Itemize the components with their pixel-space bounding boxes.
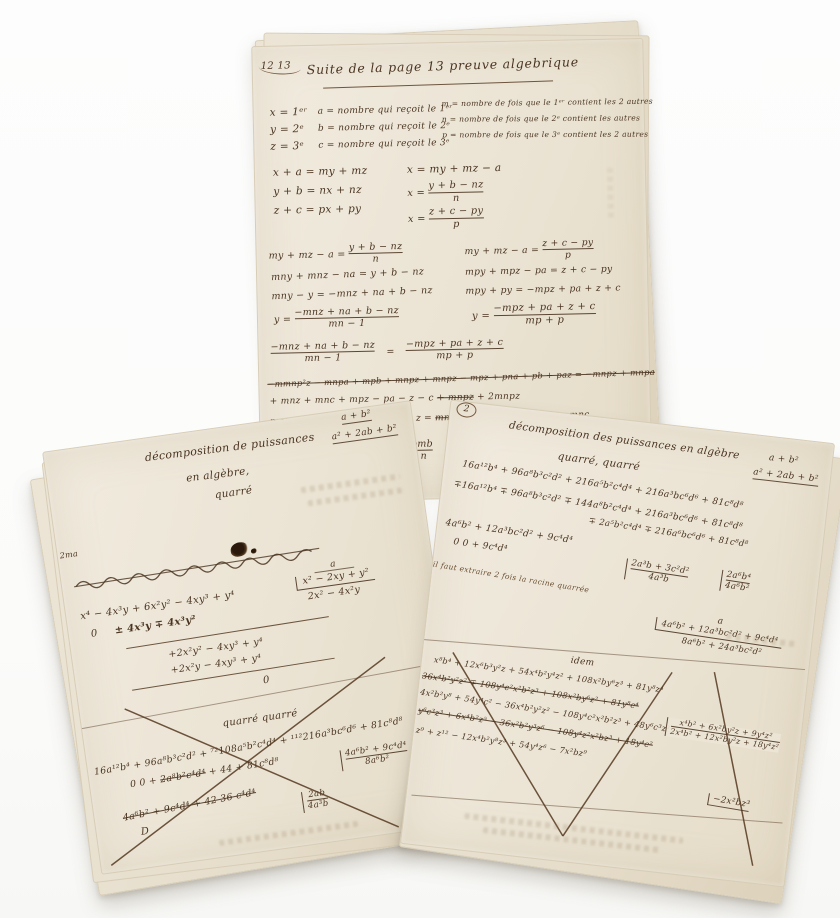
fraction: 2ab4a³b xyxy=(301,789,329,813)
fraction: y + b − nzn xyxy=(349,242,403,266)
page-title: décomposition des puissances en algèbre xyxy=(508,419,740,461)
marginal-note: il faut extraire 2 fois la racine quarré… xyxy=(432,560,590,595)
workings-segment: + mnz + mnc + mpz − pa − z − c xyxy=(270,393,437,407)
equation-lead: y = xyxy=(274,314,291,325)
fraction-denominator: n xyxy=(429,191,484,205)
fraction-numerator: y + b − nz xyxy=(428,179,483,191)
boxed-fraction: x⁴b² + 6x²by²z + 9y⁴z²2x⁴b² + 12x²by²z +… xyxy=(665,717,781,753)
equation-line: mpy + mpz − pa = z + c − py xyxy=(465,264,613,278)
fraction-denominator: mn − 1 xyxy=(295,316,400,330)
corner-formula: a + b² xyxy=(768,453,799,466)
fraction-numerator: z + c − py xyxy=(542,237,593,249)
definition-line: b = nombre qui reçoit le 2ᵉ xyxy=(318,121,450,134)
equals-sign: = xyxy=(378,346,402,358)
equation-lead: my + mz − a = xyxy=(269,249,346,262)
page-subtitle: en algèbre, xyxy=(185,465,249,485)
section-heading: quarré quarré xyxy=(222,708,298,729)
equation-line: x = z + c − pyp xyxy=(408,206,484,231)
page-subtitle: quarré, quarré xyxy=(557,450,641,473)
definition-line: a = nombre qui reçoit le 1ᵉʳ xyxy=(318,104,453,117)
margin-note: 2ma xyxy=(59,549,78,560)
fraction-denominator: p xyxy=(429,217,484,231)
ink-blot xyxy=(251,548,258,554)
fraction: 4a⁶b² + 9c⁴d⁴8a⁶b² xyxy=(340,741,409,771)
page-number-right: 13 xyxy=(277,60,291,71)
zero-mark: 0 xyxy=(90,628,98,640)
equation-lead: x = xyxy=(408,214,426,225)
equation-lead: y = xyxy=(472,311,490,322)
workings-segment: + 2mnpz xyxy=(474,392,520,403)
fraction-numerator: −mpz + pa + z + c xyxy=(406,337,503,350)
fraction: y + b − nzn xyxy=(428,180,484,204)
equation-line: x = y + b − nzn xyxy=(407,180,484,205)
title-underline xyxy=(323,80,553,89)
equation-line: mny − y = −mnz + na + b − nz xyxy=(271,285,433,302)
fraction-denominator: mn − 1 xyxy=(271,351,376,365)
corner-formula: a² + 2ab + b² xyxy=(331,423,398,444)
definition-line: y = 2ᵉ xyxy=(270,123,304,136)
boxed-fraction: a 4a⁶b² + 12a³bc²d² + 9c⁴d⁴ 8a⁶b² + 24a³… xyxy=(653,607,784,660)
equation-line: y + b = nx + nz xyxy=(273,184,362,198)
definition-line: c = nombre qui reçoit le 3ᵉ xyxy=(318,138,450,151)
fraction: 2a³b + 3c²d²4a³b xyxy=(624,558,690,588)
corner-page-number: 2 xyxy=(456,401,478,418)
definition-line: x = 1ᵉʳ xyxy=(270,106,308,119)
fraction: −mnz + na + b − nzmn − 1 xyxy=(270,341,375,366)
fraction-numerator: −mnz + na + b − nz xyxy=(294,305,399,318)
workings-segment: 0 0 + xyxy=(129,775,161,791)
ink-blot xyxy=(230,541,250,557)
equation-lead: x = xyxy=(407,188,425,199)
fraction: 2a⁶b⁴4a⁶b² xyxy=(719,570,751,595)
equation-line: z + c = px + py xyxy=(274,203,362,217)
section-heading: idem xyxy=(570,656,595,669)
fraction: −mpz + pa + z + cmp + p xyxy=(406,338,504,363)
equation-line: y = −mnz + na + b − nzmn − 1 xyxy=(274,306,400,331)
equation-line: x = my + mz − a xyxy=(407,162,502,176)
fraction-numerator: −mpz + pa + z + c xyxy=(493,301,595,314)
fraction: −mpz + pa + z + cmp + p xyxy=(493,302,596,328)
workings-segment: + 44 + 81c⁸d⁸ xyxy=(205,756,280,778)
page-number-left: 12 xyxy=(261,61,275,72)
definition-line: m = nombre de fois que le 1ᵉʳ contient l… xyxy=(441,97,653,109)
fraction: z + c − pyp xyxy=(542,238,594,261)
page-subtitle: quarré xyxy=(214,484,253,501)
zero-mark: 0 xyxy=(262,675,270,687)
equation-line: my + mz − a = y + b − nzn xyxy=(268,242,402,267)
photo-backdrop: 12 13 Suite de la page 13 preuve algebri… xyxy=(0,0,840,918)
fraction-numerator: z + c − py xyxy=(429,205,484,217)
equation-line: mpy + py = −mpz + pa + z + c xyxy=(465,282,621,296)
fraction-denominator: mp + p xyxy=(494,313,596,328)
fraction-numerator: y + b − nz xyxy=(349,241,403,253)
crossed-out-workings-line: −mmnp²z − mnpa + mpb + mnpz + mnpz − mpz… xyxy=(267,367,655,389)
corner-formula: a + b² xyxy=(341,409,372,425)
boxed-result: −2x²bz³ xyxy=(707,793,751,812)
division-divisor-box: a x² − 2xy + y² 2x² − 4x²y xyxy=(293,554,377,604)
page-title: Suite de la page 13 preuve algebrique xyxy=(307,54,580,77)
bleedthrough-marks xyxy=(607,168,614,218)
fraction-denominator: n xyxy=(349,252,403,265)
crossed-out-workings-line: 4a⁶b² + 9c⁴d⁴ + 42 36 c⁴d⁴ xyxy=(122,787,257,824)
workings-line: 0 0 + 9c⁴d⁴ xyxy=(453,537,508,555)
fraction: −mnz + na + b − nzmn − 1 xyxy=(294,306,399,331)
page-number: 12 13 xyxy=(259,60,301,72)
fraction-numerator: −mnz + na + b − nz xyxy=(270,340,375,353)
fraction-denominator: p xyxy=(542,248,593,261)
crossed-out-segment: 2a⁸b²c⁴d⁴ xyxy=(159,767,206,785)
scribbled-out-line xyxy=(73,543,325,594)
corner-formula: a² + 2ab + b² xyxy=(752,467,819,486)
definition-line: z = 3ᵉ xyxy=(270,140,304,153)
equation-line: x + a = my + mz xyxy=(273,165,368,179)
equation-line: y = −mpz + pa + z + cmp + p xyxy=(472,302,596,328)
equation-line: mny + mnz − na = y + b − nz xyxy=(271,266,424,283)
manuscript-page-right: 2 décomposition des puissances en algèbr… xyxy=(400,400,835,888)
workings-segment: ± 4x³y ∓ 4x³y² xyxy=(114,614,197,636)
definition-line: p = nombre de fois que le 3ᵉ contient le… xyxy=(442,130,648,140)
division-dividend: x⁴ − 4x³y + 6x²y² − 4xy³ + y⁴ xyxy=(80,590,236,623)
equation-lead: my + mz − a = xyxy=(464,245,539,258)
definition-line: n = nombre de fois que le 2ᵉ contient le… xyxy=(442,113,640,123)
fraction: z + c − pyp xyxy=(429,206,484,230)
fraction-denominator: mp + p xyxy=(406,348,503,362)
margin-note: D xyxy=(140,826,150,838)
equation-line: −mnz + na + b − nzmn − 1 = −mpz + pa + z… xyxy=(270,338,503,365)
page-title: décomposition de puissances xyxy=(144,430,315,464)
equation-line: my + mz − a = z + c − pyp xyxy=(464,238,593,263)
